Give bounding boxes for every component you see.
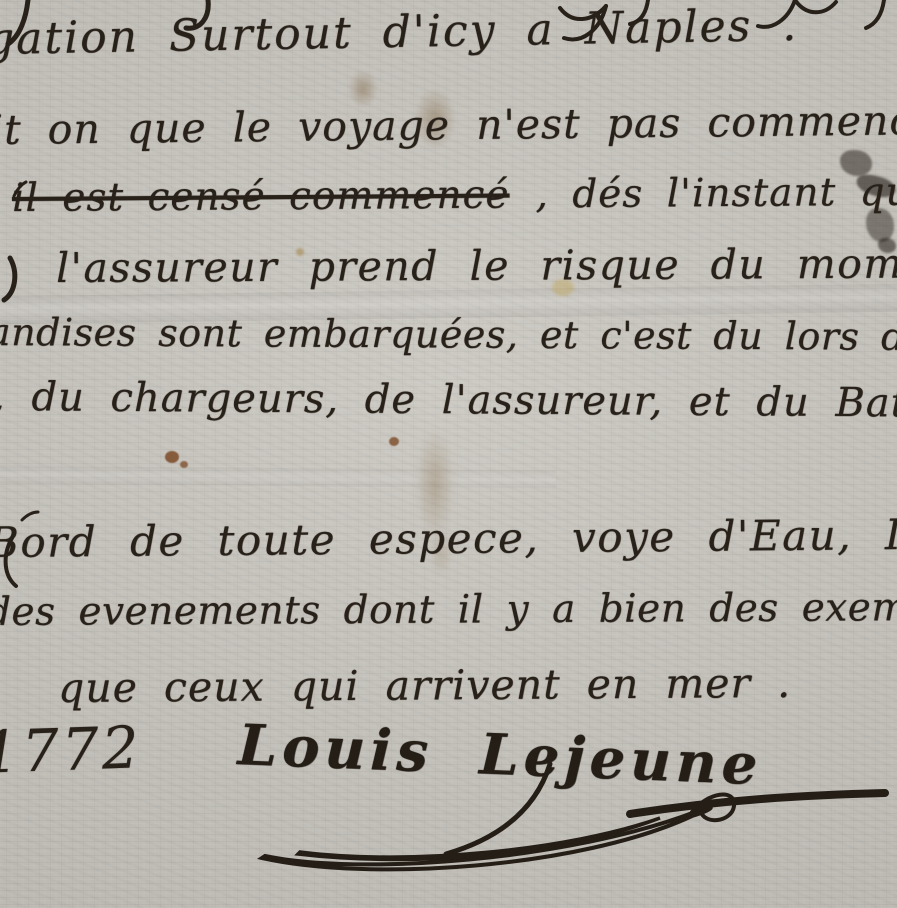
paper-crease [0,466,556,489]
manuscript-line: , du chargeurs, de l'assureur, et du Bat… [0,374,897,427]
rust-spot [165,451,179,463]
struck-through-text: il est censé commencé [12,173,510,221]
date: 1772 [0,713,143,787]
manuscript-line: il est censé commencé, dés l'instant que [12,170,897,221]
rust-spot [389,437,399,446]
manuscript-line: que ceux qui arrivent en mer . [58,659,791,712]
signature: Louis Lejeune [237,712,764,798]
manuscript-line: l'assureur prend le risque du moment [56,239,897,292]
manuscript-line: des evenements dont il y a bien des exem… [0,585,897,635]
manuscript-line: gation Surtout d'icy a Naples . [0,0,799,65]
manuscript-photo: gation Surtout d'icy a Naples . it on qu… [0,0,897,908]
manuscript-line: it on que le voyage n'est pas commence [0,96,897,154]
manuscript-line: andises sont embarquées, et c'est du lor… [0,310,897,359]
manuscript-line: Bord de toute espece, voye d'Eau, Inun [0,509,897,567]
rust-spot [180,461,188,468]
manuscript-line-continuation: , dés l'instant que [509,170,897,218]
